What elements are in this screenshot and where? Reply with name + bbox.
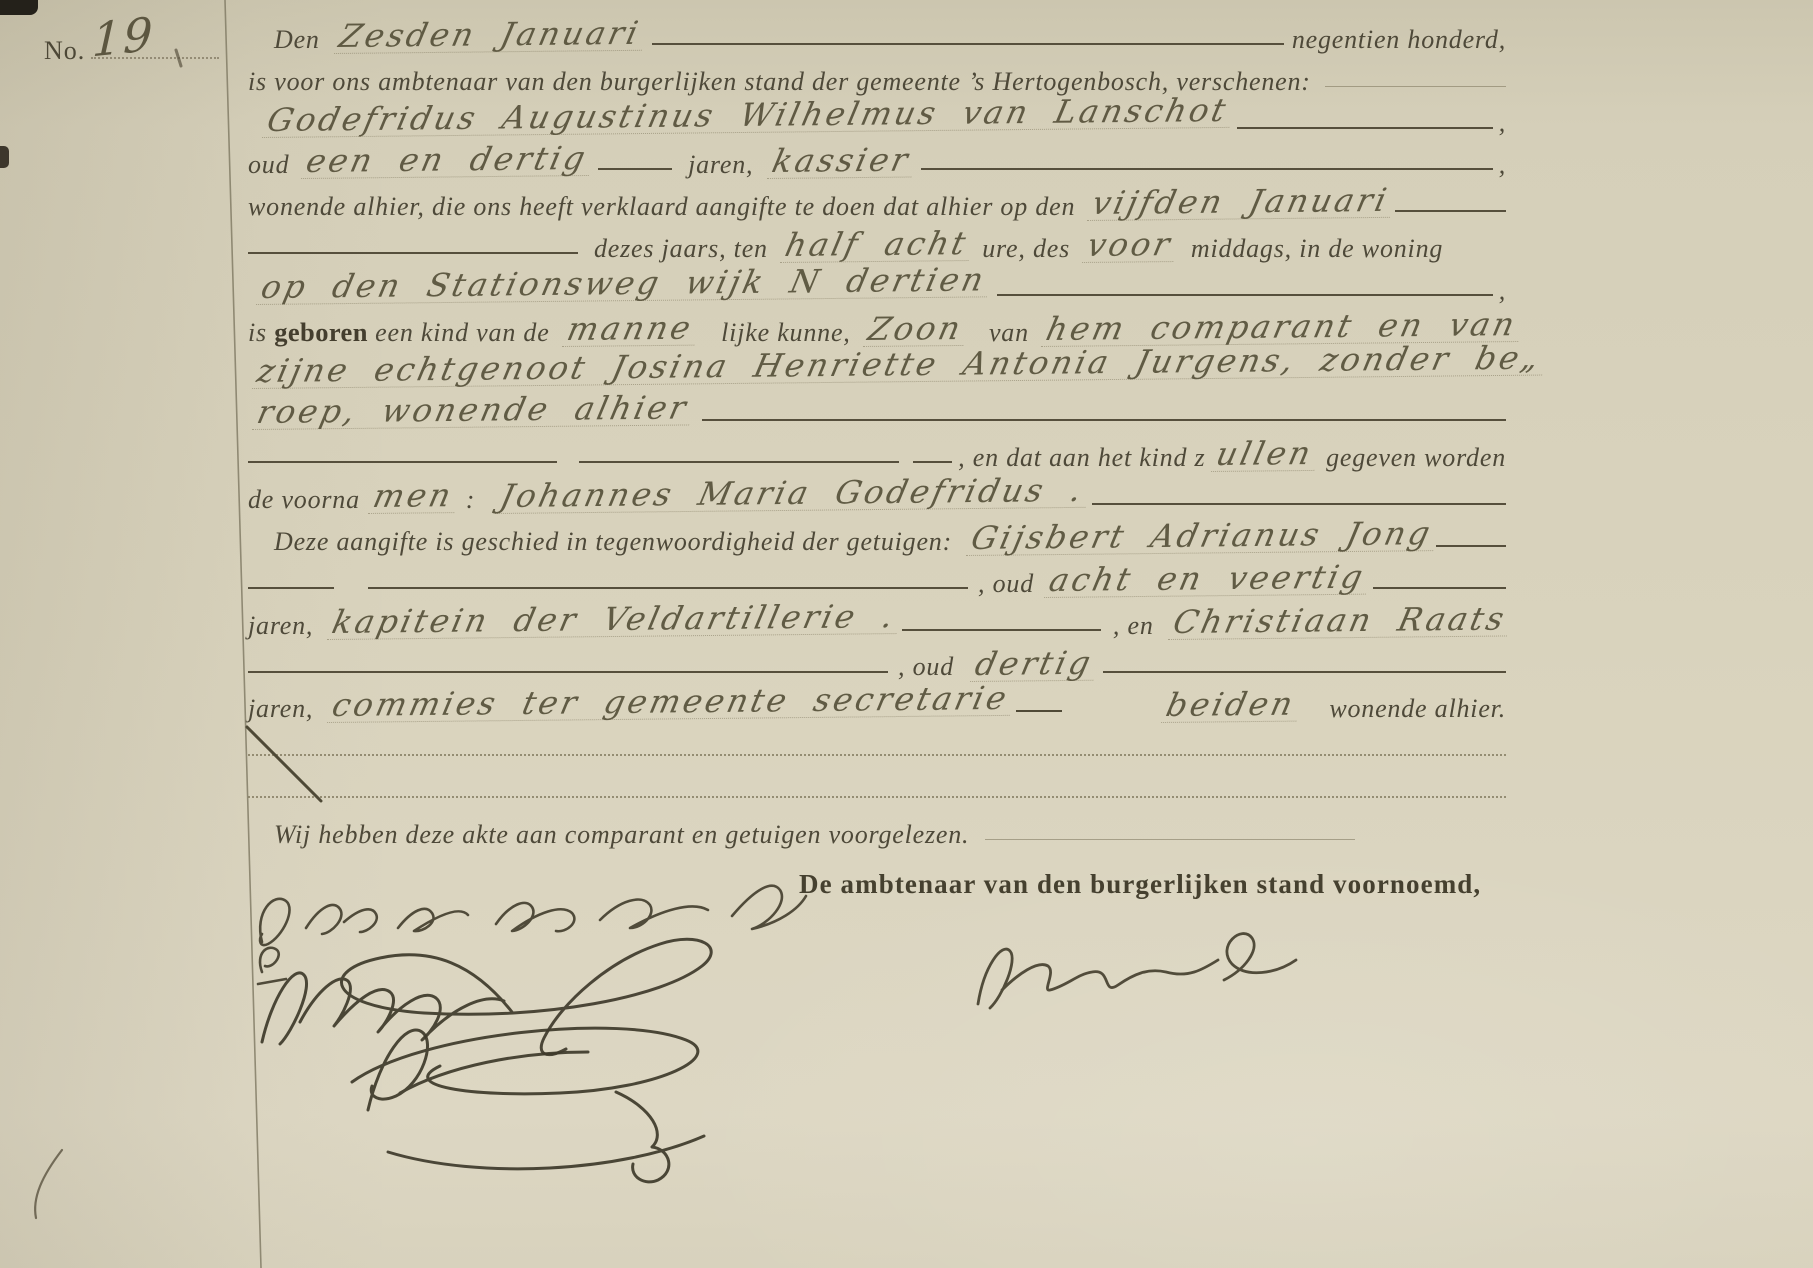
printed-text: , en dat aan het kind z — [958, 444, 1205, 472]
printed-text: een kind van de — [368, 319, 550, 347]
act-line: Godefridus Augustinus Wilhelmus van Lans… — [248, 96, 1506, 138]
handwritten-entry: een en dertig — [301, 142, 596, 179]
comparant-signature — [258, 886, 806, 984]
handwritten-entry: acht en veertig — [1044, 560, 1373, 597]
printed-text: Den — [274, 26, 320, 54]
handwritten-entry: dertig — [970, 646, 1101, 681]
act-line — [248, 765, 1506, 807]
edge-mark — [0, 146, 9, 168]
fill-line — [1103, 671, 1506, 673]
act-body: DenZesden Januarinegentien honderd,is vo… — [248, 12, 1506, 849]
printed-text: Wij hebben deze akte aan comparant en ge… — [274, 821, 969, 849]
act-line: Deze aangifte is geschied in tegenwoordi… — [248, 514, 1506, 556]
act-line — [248, 723, 1506, 765]
act-line: wonende alhier, die ons heeft verklaard … — [248, 179, 1506, 221]
printed-text: jaren, — [248, 695, 313, 723]
printed-text: van — [989, 319, 1029, 347]
printed-text: wonende alhier. — [1329, 695, 1506, 723]
fill-line — [652, 43, 1284, 45]
act-line: oudeen en dertigjaren,kassier, — [248, 138, 1506, 180]
printed-text: jaren, — [248, 612, 313, 640]
handwritten-entry: kassier — [767, 144, 919, 180]
fill-line — [702, 419, 1506, 421]
handwritten-entry: Christiaan Raats — [1168, 602, 1515, 640]
handwritten-entry: beiden — [1161, 688, 1303, 723]
fill-line — [1237, 127, 1493, 129]
act-line: jaren,kapitein der Veldartillerie ., enC… — [248, 598, 1506, 640]
act-line: zijne echtgenoot Josina Henriette Antoni… — [248, 347, 1506, 389]
printed-text: , en — [1113, 612, 1154, 640]
printed-text: gegeven worden — [1326, 444, 1506, 472]
printed-text: ure, des — [982, 235, 1070, 263]
handwritten-entry: roep, wonende alhier — [252, 392, 697, 431]
fill-line-faint — [985, 839, 1355, 840]
fill-line — [598, 168, 672, 170]
printed-text: , — [1499, 151, 1506, 179]
printed-text: , oud — [978, 570, 1034, 598]
stray-pen-mark — [35, 1150, 62, 1218]
fill-line — [1373, 587, 1506, 589]
handwritten-entry: Godefridus Augustinus Wilhelmus van Lans… — [262, 93, 1236, 137]
handwritten-entry: zijne echtgenoot Josina Henriette Antoni… — [252, 341, 1550, 388]
act-line: , en dat aan het kind zullengegeven word… — [248, 430, 1506, 472]
act-line: roep, wonende alhier — [248, 389, 1506, 431]
printed-text: dezes jaars, ten — [594, 235, 768, 263]
handwritten-entry: kapitein der Veldartillerie . — [327, 600, 904, 640]
printed-text: , — [1499, 109, 1506, 137]
dotted-guide-line — [248, 754, 1506, 756]
margin-number-block: No. 19 — [44, 36, 224, 66]
fill-line — [248, 461, 557, 463]
act-line: dezes jaars, tenhalf achture, desvoormid… — [248, 221, 1506, 263]
handwritten-entry: men — [368, 479, 462, 514]
printed-text: : — [466, 486, 475, 514]
act-line: DenZesden Januarinegentien honderd, — [248, 12, 1506, 54]
handwritten-entry: Zesden Januari — [334, 17, 649, 54]
handwritten-entry: Johannes Maria Godefridus . — [495, 474, 1093, 514]
printed-text: wonende alhier, die ons heeft verklaard … — [248, 193, 1075, 221]
handwritten-entry: voor — [1082, 228, 1181, 263]
registrar-signature — [978, 934, 1296, 1008]
printed-text: de voorna — [248, 486, 360, 514]
handwritten-entry: manne — [562, 311, 701, 346]
printed-text: , oud — [898, 653, 954, 681]
printed-text: oud — [248, 151, 289, 179]
witness-jong-signature — [262, 939, 711, 1054]
printed-text: jaren, — [688, 151, 753, 179]
fill-dash — [1016, 710, 1062, 712]
fill-line — [913, 461, 952, 463]
handwritten-entry: op den Stationsweg wijk N dertien — [256, 263, 994, 305]
fill-line — [579, 461, 899, 463]
act-number-value: 19 — [91, 11, 155, 64]
fill-line — [997, 294, 1493, 296]
printed-text: lijke kunne, — [721, 319, 850, 347]
fill-line — [368, 587, 968, 589]
printed-text: Deze aangifte is geschied in tegenwoordi… — [274, 528, 952, 556]
act-line: Wij hebben deze akte aan comparant en ge… — [248, 807, 1506, 849]
act-line: jaren,commies ter gemeente secretariebei… — [248, 682, 1506, 724]
fill-line — [248, 252, 578, 254]
handwritten-entry: Zoon — [863, 312, 971, 347]
birth-certificate-page: No. 19 DenZesden Januarinegentien honder… — [0, 0, 1813, 1268]
fill-line — [902, 629, 1101, 631]
printed-text-bold: geboren — [274, 318, 368, 347]
printed-text: middags, in de woning — [1191, 235, 1443, 263]
handwritten-entry: half acht — [780, 227, 976, 263]
registrar-capacity-line: De ambtenaar van den burgerlijken stand … — [799, 869, 1481, 900]
act-number-label: No. — [44, 36, 85, 65]
act-line: de voornamen:Johannes Maria Godefridus . — [248, 472, 1506, 514]
printed-text: negentien honderd, — [1292, 26, 1506, 54]
act-line: op den Stationsweg wijk N dertien, — [248, 263, 1506, 305]
act-line: , oudacht en veertig — [248, 556, 1506, 598]
fill-line-faint — [1325, 86, 1506, 87]
fill-line — [248, 587, 334, 589]
handwritten-entry: ullen — [1211, 437, 1321, 472]
dotted-guide-line — [248, 796, 1506, 798]
witness-raats-signature — [352, 1028, 704, 1182]
handwritten-entry: vijfden Januari — [1087, 184, 1397, 221]
handwritten-entry: commies ter gemeente secretarie — [327, 682, 1017, 723]
fill-line — [1395, 210, 1506, 212]
handwritten-entry: Gijsbert Adrianus Jong — [966, 517, 1441, 556]
printed-text: is — [248, 319, 274, 347]
fill-line — [248, 671, 888, 673]
printed-text: , — [1499, 277, 1506, 305]
fill-line — [1436, 545, 1506, 547]
act-line: , ouddertig — [248, 640, 1506, 682]
corner-stain — [0, 0, 38, 15]
fill-line — [921, 168, 1493, 170]
fill-line — [1092, 503, 1506, 505]
act-line: is voor ons ambtenaar van den burgerlijk… — [248, 54, 1506, 96]
